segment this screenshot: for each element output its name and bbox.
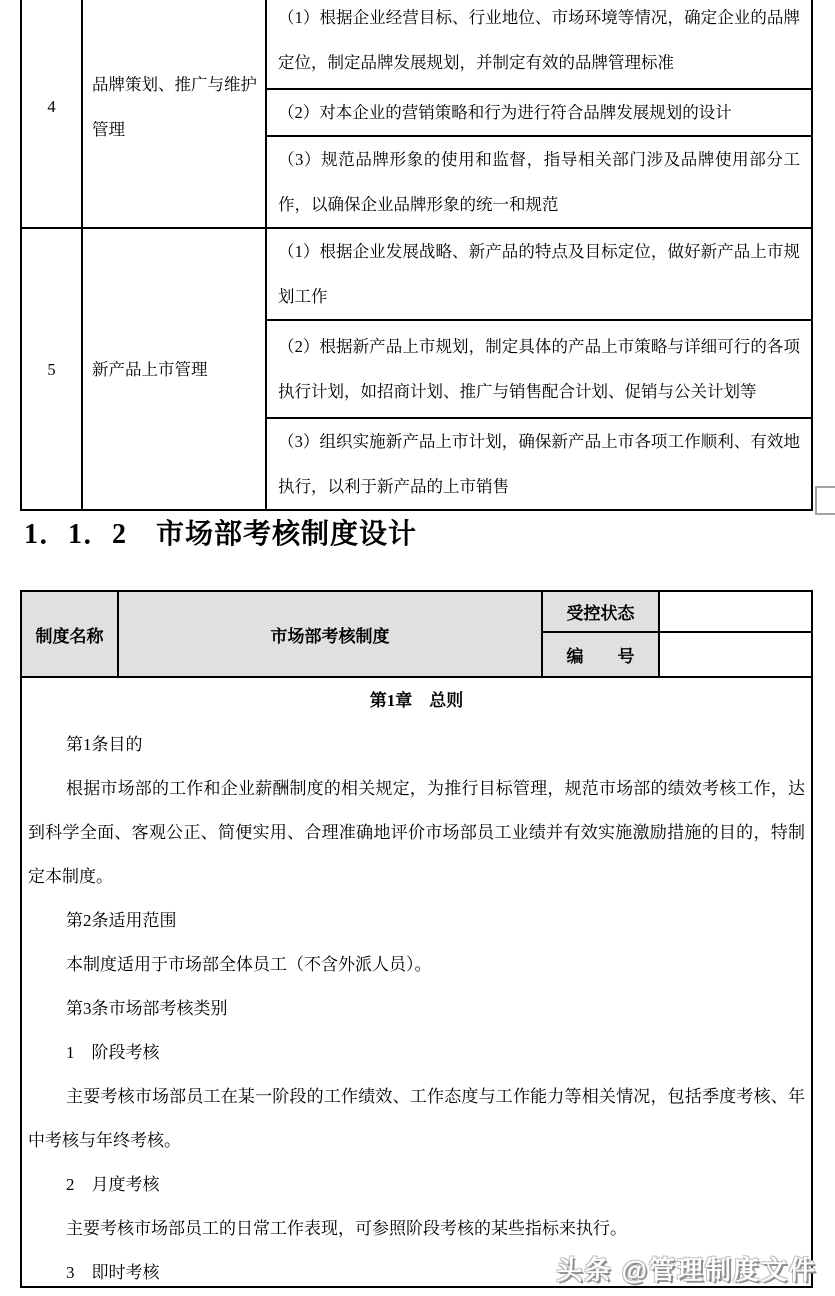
table-resize-handle[interactable] [815,486,835,515]
body-paragraph: 主要考核市场部员工的日常工作表现，可参照阶段考核的某些指标来执行。 [28,1207,805,1251]
body-paragraph: 第2条适用范围 [28,899,805,943]
number-value [660,633,811,676]
controlled-state-label: 受控状态 [543,592,658,633]
duty-item: （3）规范品牌形象的使用和监督，指导相关部门涉及品牌使用部分工作，以确保企业品牌… [266,136,812,228]
duty-row-number: 5 [21,228,82,510]
system-name-value: 市场部考核制度 [119,592,543,676]
system-name-label: 制度名称 [22,592,119,676]
body-paragraph: 第3条市场部考核类别 [28,987,805,1031]
document-page: 4 品牌策划、推广与维护管理 （1）根据企业经营目标、行业地位、市场环境等情况，… [0,0,835,1296]
duties-table: 4 品牌策划、推广与维护管理 （1）根据企业经营目标、行业地位、市场环境等情况，… [20,0,813,511]
system-table: 制度名称 市场部考核制度 受控状态 编 号 第1章 总则 第1条目的 根据市场部… [20,590,813,1288]
table-row: 4 品牌策划、推广与维护管理 （1）根据企业经营目标、行业地位、市场环境等情况，… [21,0,812,89]
table-row: 5 新产品上市管理 （1）根据企业发展战略、新产品的特点及目标定位，做好新产品上… [21,228,812,320]
duty-row-number: 4 [21,0,82,228]
system-table-header: 制度名称 市场部考核制度 受控状态 编 号 [22,592,811,678]
system-body: 第1章 总则 第1条目的 根据市场部的工作和企业薪酬制度的相关规定，为推行目标管… [22,678,811,1295]
body-paragraph: 1 阶段考核 [28,1031,805,1075]
section-heading: 1．1．2 市场部考核制度设计 [24,512,417,552]
duty-category: 品牌策划、推广与维护管理 [82,0,266,228]
duty-item: （2）根据新产品上市规划，制定具体的产品上市策略与详细可行的各项执行计划，如招商… [266,320,812,418]
controlled-state-value [660,592,811,633]
chapter-title: 第1章 总则 [28,679,805,723]
watermark: 头条 @管理制度文件 [556,1250,817,1287]
number-label: 编 号 [543,633,658,676]
body-paragraph: 根据市场部的工作和企业薪酬制度的相关规定，为推行目标管理，规范市场部的绩效考核工… [28,767,805,899]
system-header-values-column [660,592,811,676]
duty-item: （2）对本企业的营销策略和行为进行符合品牌发展规划的设计 [266,89,812,136]
duty-item: （1）根据企业经营目标、行业地位、市场环境等情况，确定企业的品牌定位，制定品牌发… [266,0,812,89]
duty-item: （3）组织实施新产品上市计划，确保新产品上市各项工作顺利、有效地执行，以利于新产… [266,418,812,510]
duty-item: （1）根据企业发展战略、新产品的特点及目标定位，做好新产品上市规划工作 [266,228,812,320]
body-paragraph: 第1条目的 [28,723,805,767]
body-paragraph: 本制度适用于市场部全体员工（不含外派人员）。 [28,943,805,987]
duty-category: 新产品上市管理 [82,228,266,510]
body-paragraph: 2 月度考核 [28,1163,805,1207]
system-header-labels-column: 受控状态 编 号 [543,592,660,676]
body-paragraph: 主要考核市场部员工在某一阶段的工作绩效、工作态度与工作能力等相关情况，包括季度考… [28,1075,805,1163]
